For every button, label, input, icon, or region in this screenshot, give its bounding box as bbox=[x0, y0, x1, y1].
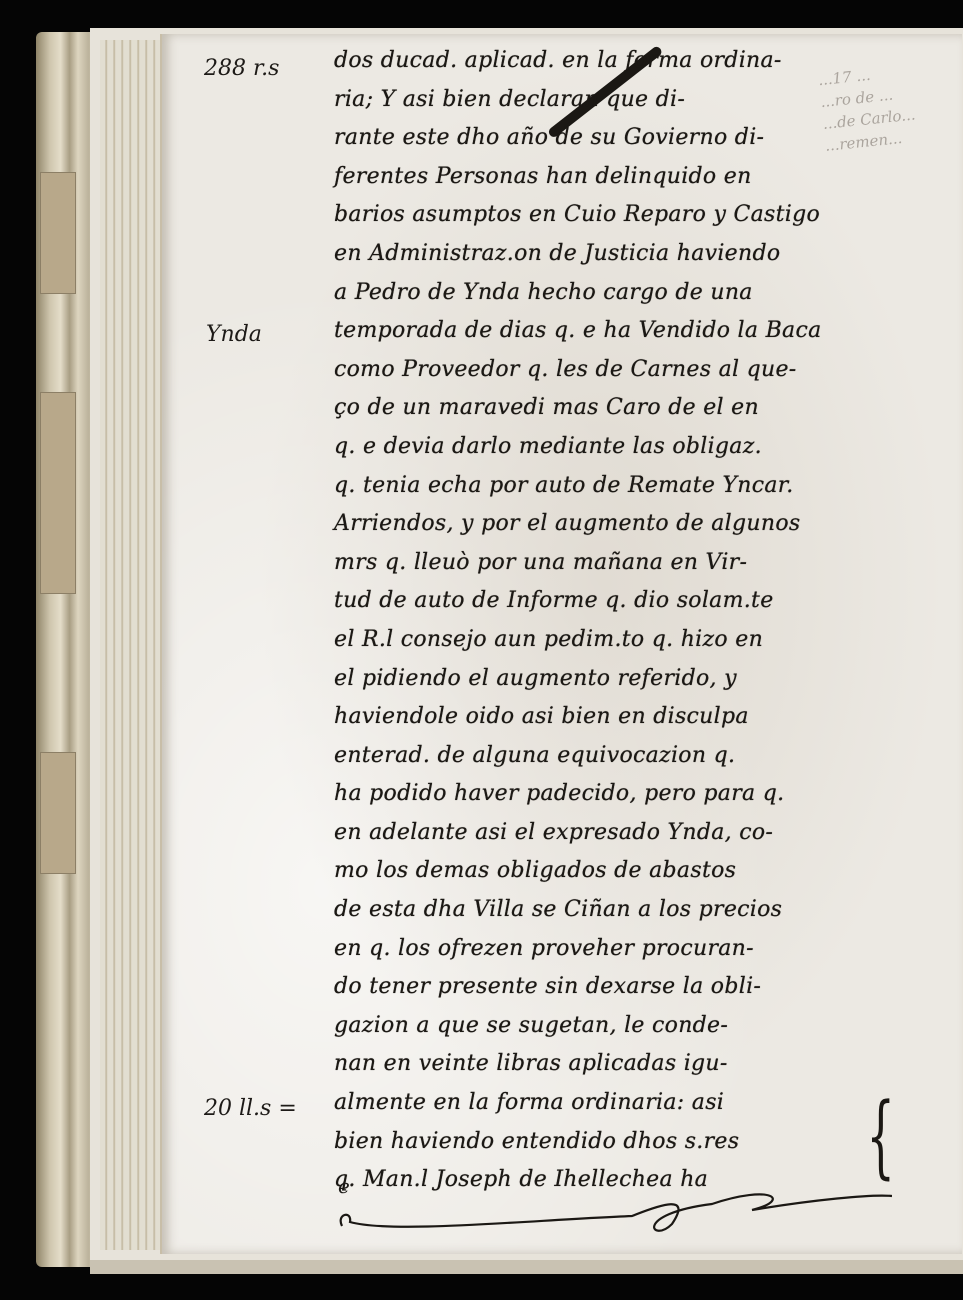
closing-flourish-icon bbox=[332, 1164, 892, 1244]
text-line: el R.l consejo aun pedim.to q. hizo en bbox=[334, 627, 894, 666]
text-line: gazion a que se sugetan, le conde- bbox=[334, 1013, 894, 1052]
page-edges bbox=[100, 40, 160, 1250]
repair-tab bbox=[40, 752, 76, 874]
text-line: ha podido haver padecido, pero para q. bbox=[334, 781, 894, 820]
margin-note-amount: 20 ll.s = bbox=[204, 1096, 297, 1121]
text-line: barios asumptos en Cuio Reparo y Castigo bbox=[334, 202, 894, 241]
text-line: tud de auto de Informe q. dio solam.te bbox=[334, 588, 894, 627]
text-line: en q. los ofrezen proveher procuran- bbox=[334, 936, 894, 975]
text-line: haviendole oido asi bien en disculpa bbox=[334, 704, 894, 743]
text-line: almente en la forma ordinaria: asi bbox=[334, 1090, 894, 1129]
manuscript-page: ...17 ... ...ro de ... ...de Carlo... ..… bbox=[160, 34, 962, 1254]
text-line: do tener presente sin dexarse la obli- bbox=[334, 974, 894, 1013]
text-line: bien haviendo entendido dhos s.res bbox=[334, 1129, 894, 1168]
manuscript-photo: ...17 ... ...ro de ... ...de Carlo... ..… bbox=[0, 0, 963, 1300]
text-line: ria; Y asi bien declaran que di- bbox=[334, 87, 894, 126]
text-line: rante este dho año de su Govierno di- bbox=[334, 125, 894, 164]
repair-tab bbox=[40, 392, 76, 594]
text-line: q. tenia echa por auto de Remate Yncar. bbox=[334, 473, 894, 512]
text-line: nan en veinte libras aplicadas igu- bbox=[334, 1051, 894, 1090]
text-line: de esta dha Villa se Ciñan a los precios bbox=[334, 897, 894, 936]
text-line: q. e devia darlo mediante las obligaz. bbox=[334, 434, 894, 473]
text-line: dos ducad. aplicad. en la forma ordina- bbox=[334, 48, 894, 87]
text-line: mrs q. lleuò por una mañana en Vir- bbox=[334, 550, 894, 589]
text-line: en Administraz.on de Justicia haviendo bbox=[334, 241, 894, 280]
margin-note-name: Ynda bbox=[206, 322, 262, 347]
repair-tab bbox=[40, 172, 76, 294]
text-line: enterad. de alguna equivocazion q. bbox=[334, 743, 894, 782]
text-line: ferentes Personas han delinquido en bbox=[334, 164, 894, 203]
closing-letter: e bbox=[338, 1174, 350, 1198]
margin-note-amount: 288 r.s bbox=[204, 56, 279, 81]
text-line: mo los demas obligados de abastos bbox=[334, 858, 894, 897]
text-line: el pidiendo el augmento referido, y bbox=[334, 666, 894, 705]
text-line: como Proveedor q. les de Carnes al que- bbox=[334, 357, 894, 396]
text-line: Arriendos, y por el augmento de algunos bbox=[334, 511, 894, 550]
text-line: ço de un maravedi mas Caro de el en bbox=[334, 395, 894, 434]
body-text: dos ducad. aplicad. en la forma ordina- … bbox=[334, 48, 894, 1206]
text-line: temporada de dias q. e ha Vendido la Bac… bbox=[334, 318, 894, 357]
text-line: en adelante asi el expresado Ynda, co- bbox=[334, 820, 894, 859]
text-line: a Pedro de Ynda hecho cargo de una bbox=[334, 280, 894, 319]
